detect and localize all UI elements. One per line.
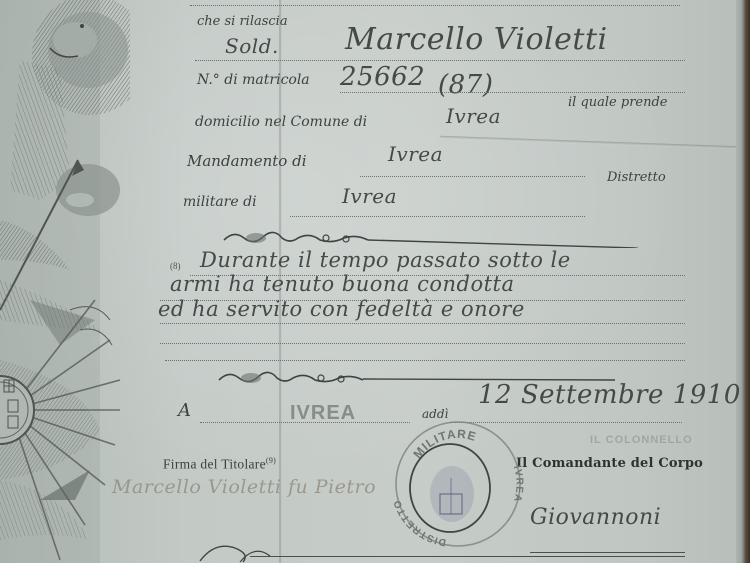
lion-engraving-illustration [0, 0, 130, 563]
holder-signature-label-text: Firma del Titolare [163, 457, 266, 472]
label-il-quale-prende: il quale prende [568, 95, 668, 110]
dotted-rule [340, 92, 685, 93]
handwritten-date: 12 Settembre 1910 [478, 380, 741, 410]
document-page: che si rilascia Sold. Marcello Violetti … [0, 0, 750, 563]
label-distretto: Distretto [607, 170, 666, 185]
handwritten-conduct-line-3: ed ha servito con fedeltà e onore [158, 297, 525, 321]
label-place-prefix: A [178, 400, 191, 421]
military-district-stamp: MILITARE DISTRETTO IVREA [392, 418, 524, 550]
handwritten-mandamento: Ivrea [388, 142, 443, 166]
dotted-rule [360, 176, 585, 177]
handwritten-soldier-name: Marcello Violetti [345, 22, 608, 57]
commander-signature: Giovannoni [530, 505, 661, 530]
label-mandamento: Mandamento di [187, 152, 307, 170]
label-domicile: domicilio nel Comune di [195, 114, 367, 130]
holder-signature: Marcello Violetti fu Pietro [112, 476, 376, 498]
label-issued-to: che si rilascia [197, 14, 288, 29]
label-matricola: N.° di matricola [197, 72, 310, 88]
stamp-text-right: IVREA [511, 464, 524, 503]
dotted-rule [200, 422, 410, 423]
footnote-marker-8: (8) [170, 261, 181, 271]
dotted-rule [290, 216, 585, 217]
signature-rule [530, 552, 685, 553]
paper-fold-horizontal [440, 136, 740, 149]
handwritten-conduct-line-1: Durante il tempo passato sotto le [200, 248, 571, 272]
handwritten-class-year: (87) [438, 70, 493, 100]
stamped-colonel-title: IL COLONNELLO [590, 434, 693, 446]
ornamental-flourish [220, 228, 640, 248]
dotted-rule [195, 60, 685, 61]
dotted-rule [190, 5, 680, 6]
label-holder-signature: Firma del Titolare(9) [163, 456, 276, 473]
svg-text:IVREA: IVREA [511, 464, 524, 503]
dotted-rule [160, 323, 685, 324]
bottom-flourish [195, 536, 275, 563]
handwritten-district: Ivrea [342, 184, 397, 208]
handwritten-conduct-line-2: armi ha tenuto buona condotta [170, 272, 515, 296]
dotted-rule [160, 343, 685, 344]
handwritten-matricola-number: 25662 [340, 62, 425, 92]
label-military-district: militare di [183, 194, 257, 210]
paper-edge-shadow [736, 0, 750, 563]
footnote-marker-9: (9) [266, 456, 276, 465]
label-commander: Il Comandante del Corpo [516, 456, 703, 471]
dotted-rule [165, 360, 685, 361]
handwritten-rank: Sold. [225, 34, 279, 58]
bottom-rule [250, 556, 685, 557]
handwritten-domicile: Ivrea [446, 104, 501, 128]
